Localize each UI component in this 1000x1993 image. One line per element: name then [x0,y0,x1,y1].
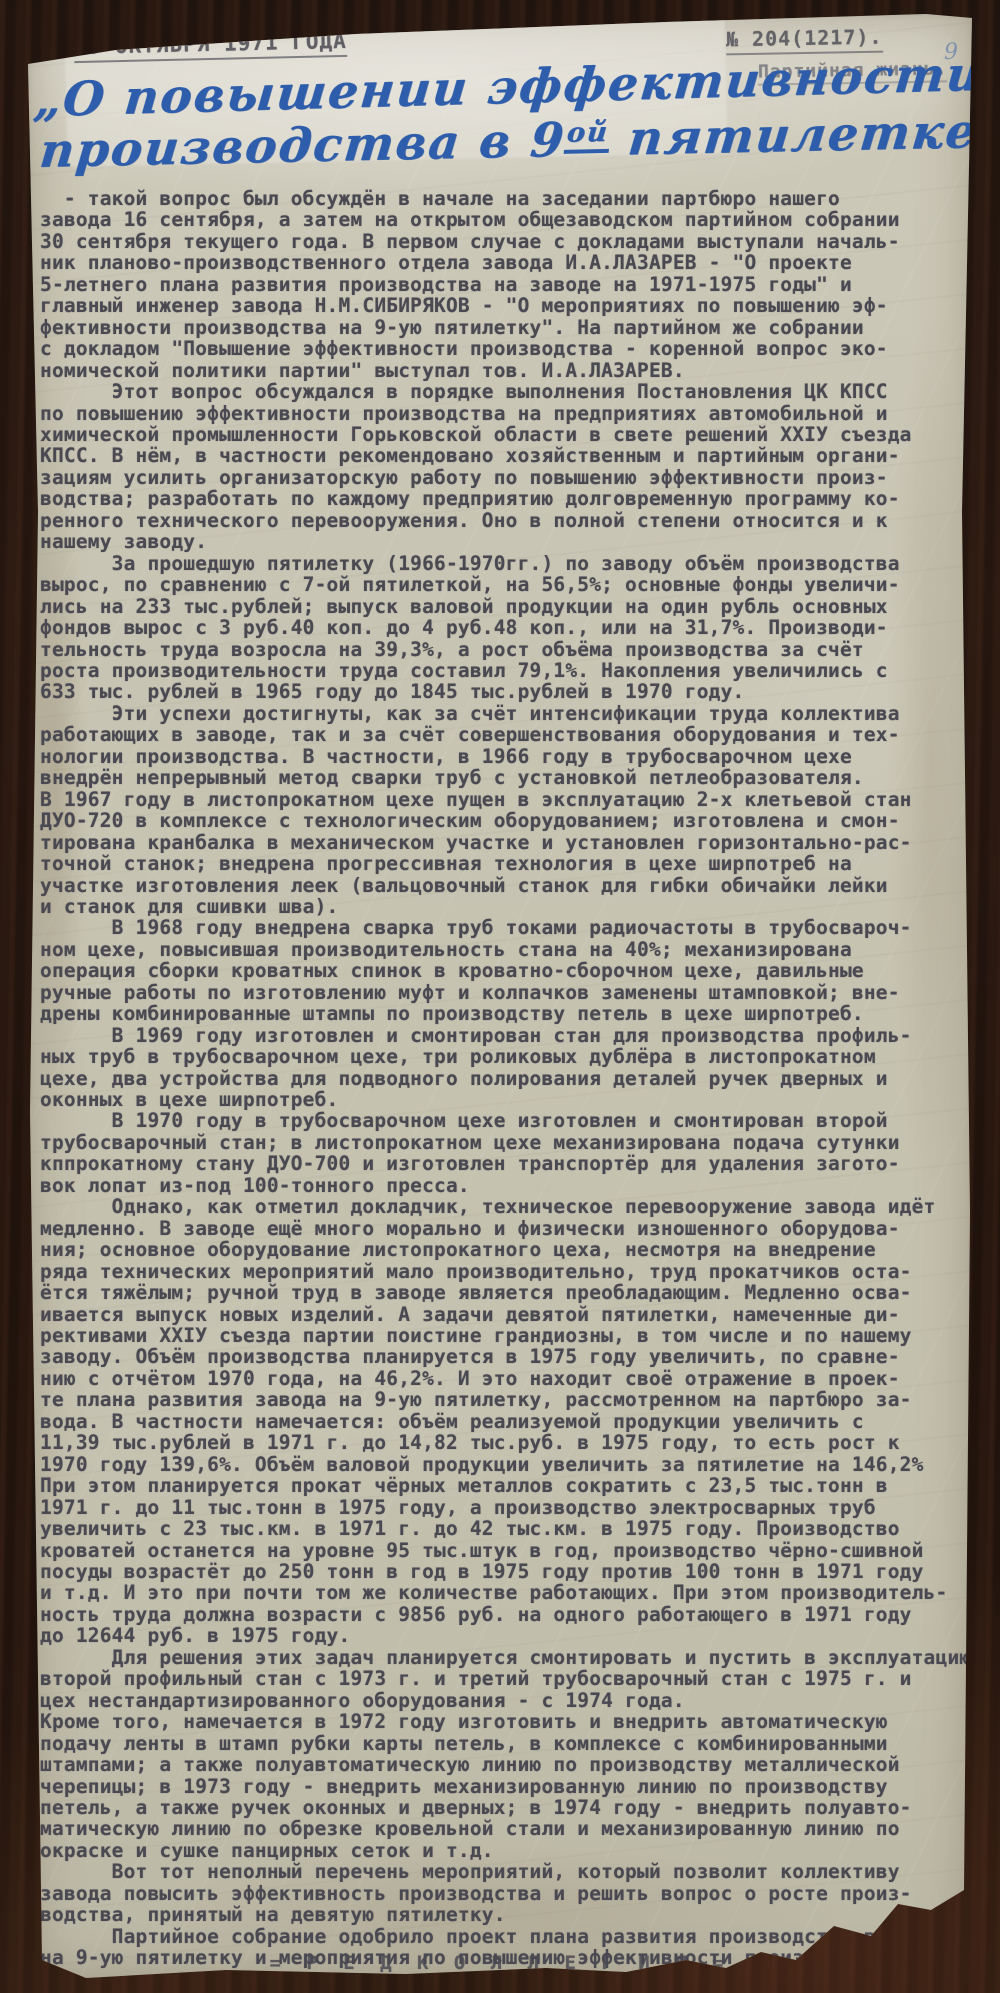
title-line2-text: производства в 9 [37,113,568,179]
editorial-signature: = Р Е Д К О Л Л Е Г И Я = [26,1952,974,1974]
title-line2-tail: пятилетке [607,104,974,167]
photo-of-wall: { "header": { "date": "15 ОКТЯБРЯ 1971 Г… [0,0,1000,1993]
article-body: - такой вопрос был обсуждён в начале на … [40,188,970,1969]
scanned-document-page: 15 ОКТЯБРЯ 1971 ГОДА № 204(1217). Партий… [26,12,974,1984]
title-superscript: ой [564,117,612,154]
